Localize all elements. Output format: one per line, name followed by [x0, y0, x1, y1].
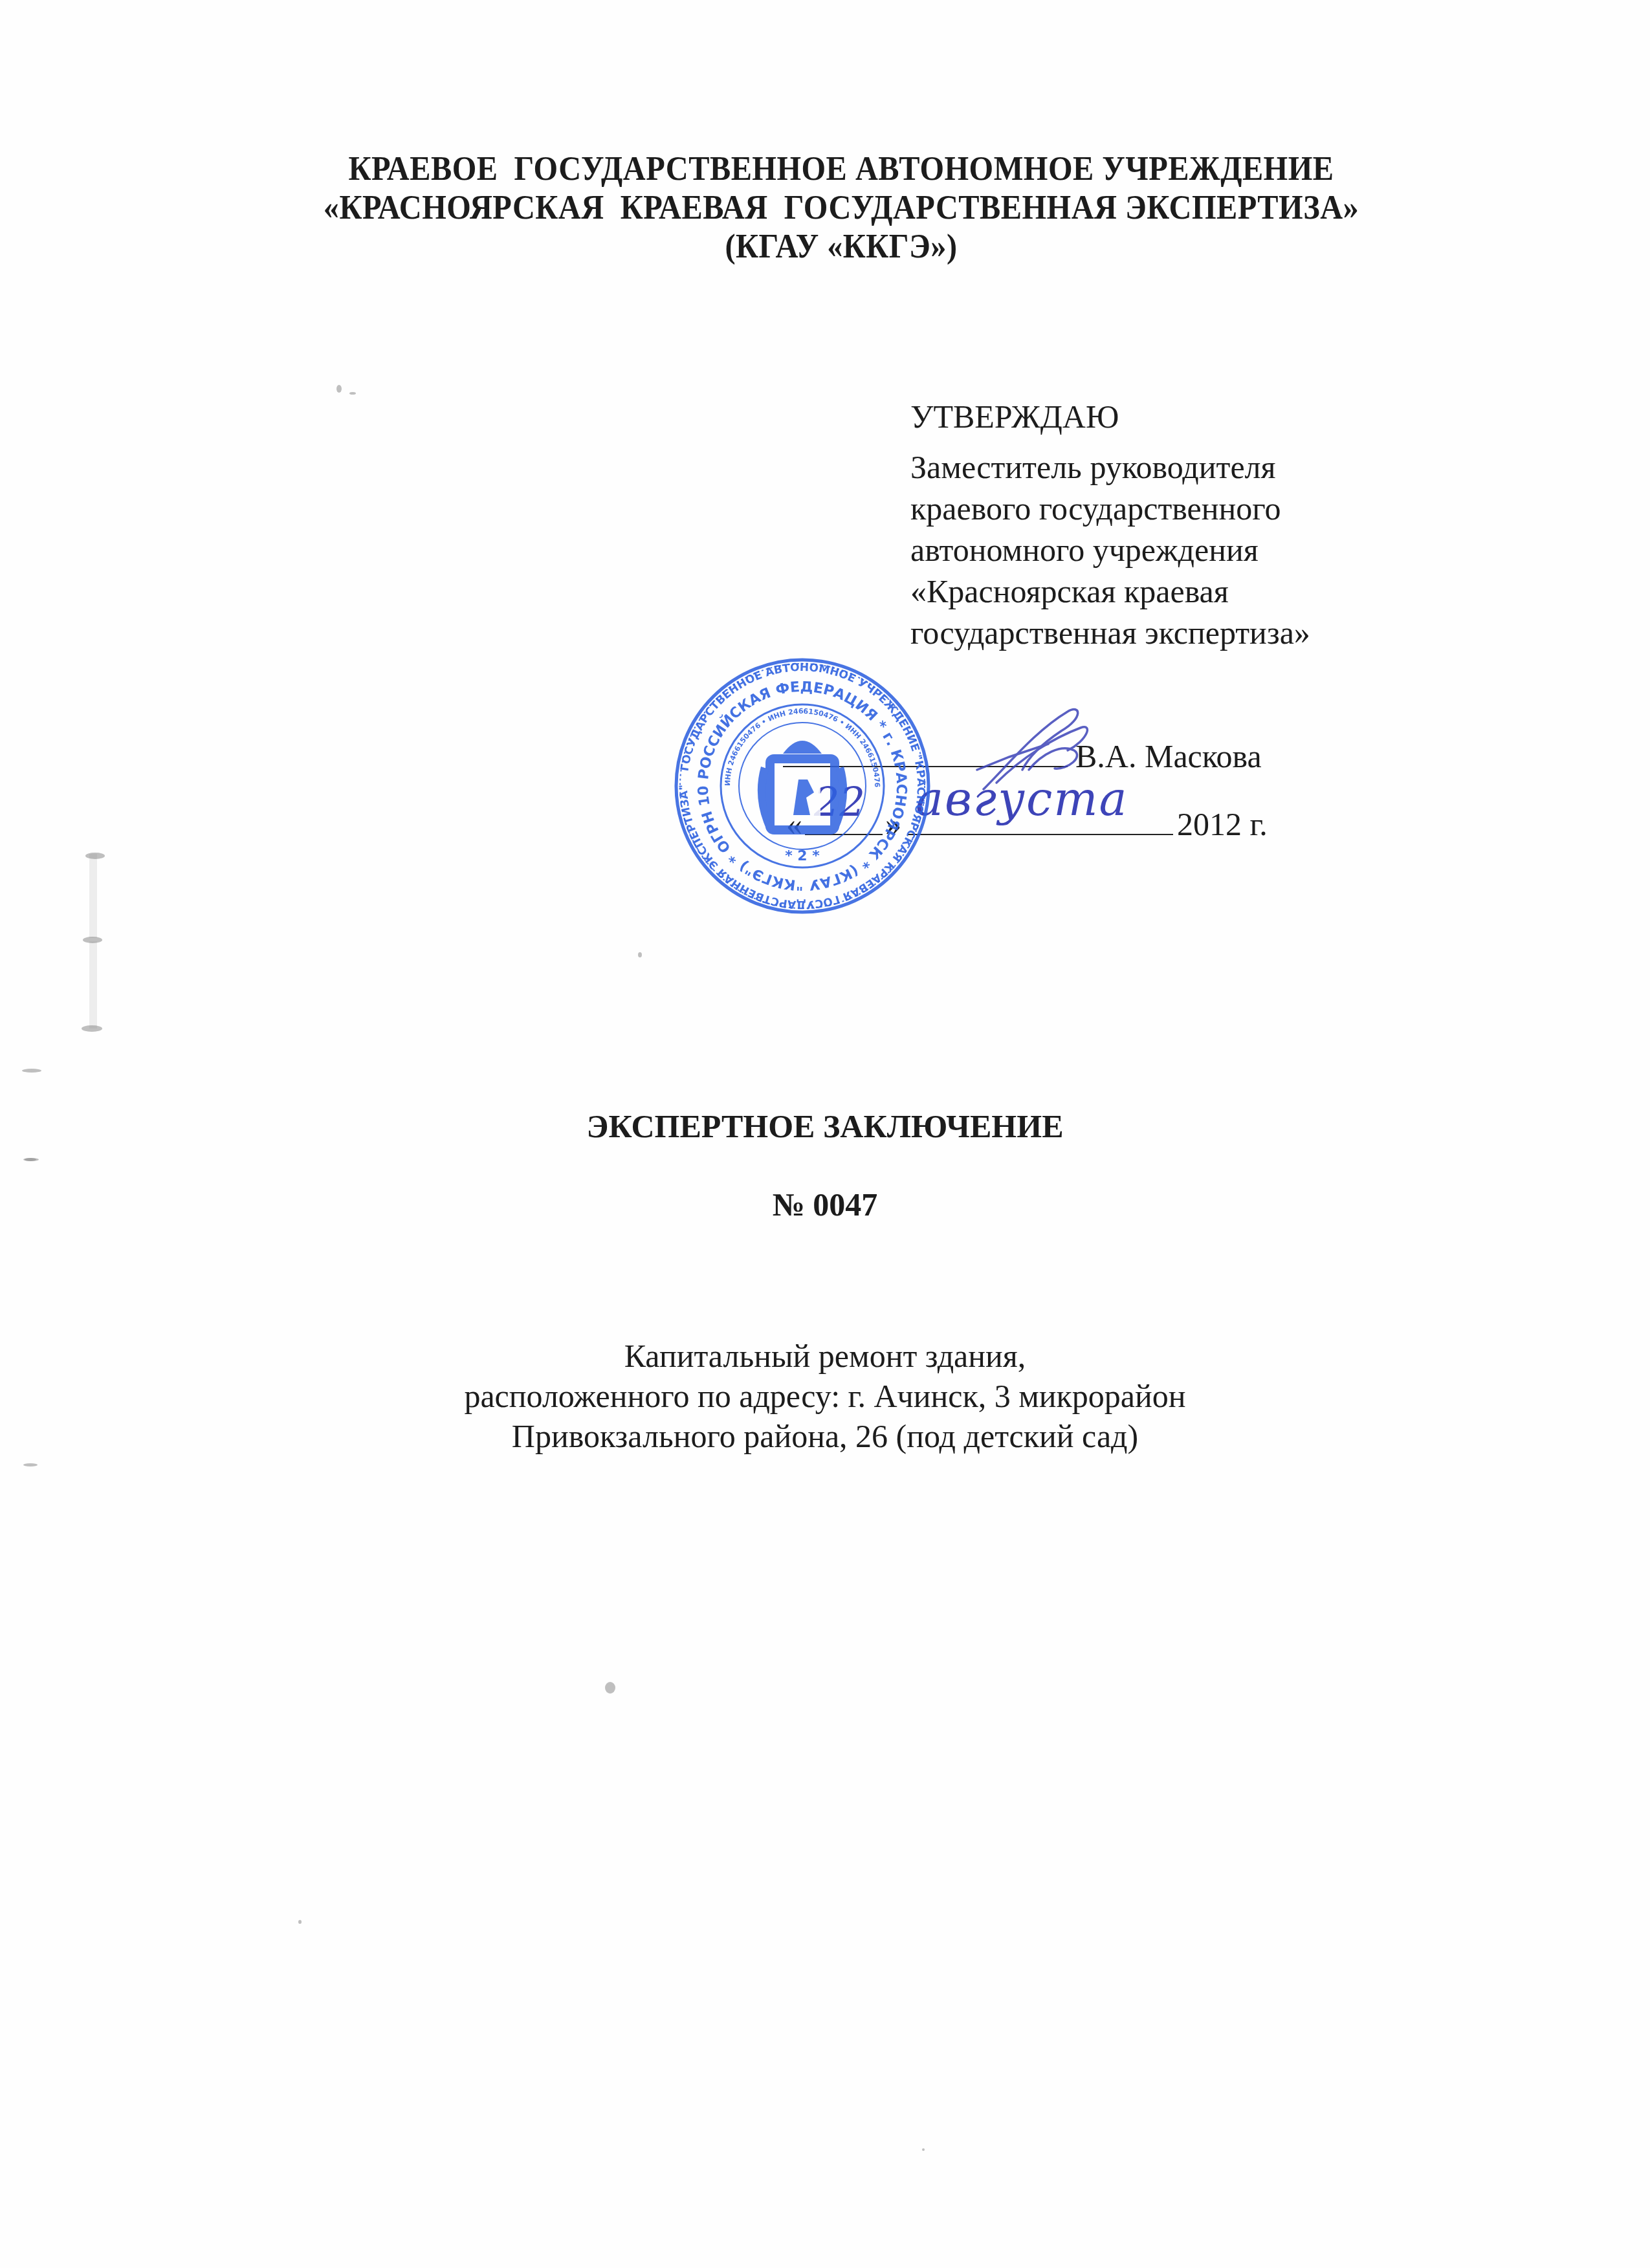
- subject-line: Капитальный ремонт здания,: [0, 1336, 1650, 1376]
- scan-speck: [23, 1463, 38, 1467]
- approver-position-line: автономного учреждения: [910, 529, 1310, 571]
- svg-text:* 2 *: * 2 *: [785, 848, 820, 864]
- official-seal-stamp: ГОСУДАРСТВЕННОЕ АВТОНОМНОЕ УЧРЕЖДЕНИЕ "К…: [673, 657, 932, 915]
- approver-position-line: государственная экспертиза»: [910, 612, 1310, 653]
- binding-hole-mark: [85, 853, 105, 859]
- scan-speck: [349, 392, 356, 395]
- organization-header: КРАЕВОЕ ГОСУДАРСТВЕННОЕ АВТОНОМНОЕ УЧРЕЖ…: [239, 150, 1443, 267]
- scan-speck: [638, 952, 642, 957]
- approval-title: УТВЕРЖДАЮ: [910, 396, 1310, 437]
- date-year: 2012 г.: [1177, 806, 1268, 842]
- scan-speck: [336, 385, 342, 393]
- scan-speck: [922, 2148, 925, 2151]
- scan-speck: [605, 1682, 615, 1694]
- handwritten-signature: [971, 692, 1152, 796]
- binding-hole-mark: [82, 1025, 102, 1032]
- binding-stitch-mark: [89, 854, 97, 938]
- header-line: (КГАУ «ККГЭ»): [239, 228, 1443, 267]
- header-line: КРАЕВОЕ ГОСУДАРСТВЕННОЕ АВТОНОМНОЕ УЧРЕЖ…: [239, 150, 1443, 189]
- document-title: ЭКСПЕРТНОЕ ЗАКЛЮЧЕНИЕ: [0, 1107, 1650, 1145]
- approval-block: УТВЕРЖДАЮ Заместитель руководителя краев…: [910, 396, 1310, 653]
- header-line: «КРАСНОЯРСКАЯ КРАЕВАЯ ГОСУДАРСТВЕННАЯ ЭК…: [239, 189, 1443, 228]
- subject-line: расположенного по адресу: г. Ачинск, 3 м…: [0, 1376, 1650, 1416]
- scan-speck: [22, 1069, 41, 1073]
- document-number: № 0047: [0, 1186, 1650, 1223]
- coat-of-arms-icon: [758, 741, 847, 831]
- approver-position-line: краевого государственного: [910, 488, 1310, 529]
- approver-position-line: «Красноярская краевая: [910, 571, 1310, 612]
- scan-speck: [23, 1158, 39, 1161]
- date-month-field: августа: [908, 805, 1173, 835]
- scan-speck: [298, 1920, 302, 1924]
- binding-hole-mark: [83, 937, 102, 943]
- subject-line: Привокзального района, 26 (под детский с…: [0, 1416, 1650, 1456]
- document-subject: Капитальный ремонт здания, расположенног…: [0, 1336, 1650, 1456]
- approver-position-line: Заместитель руководителя: [910, 446, 1310, 488]
- document-page: КРАЕВОЕ ГОСУДАРСТВЕННОЕ АВТОНОМНОЕ УЧРЕЖ…: [0, 0, 1650, 2268]
- binding-stitch-mark: [89, 941, 97, 1029]
